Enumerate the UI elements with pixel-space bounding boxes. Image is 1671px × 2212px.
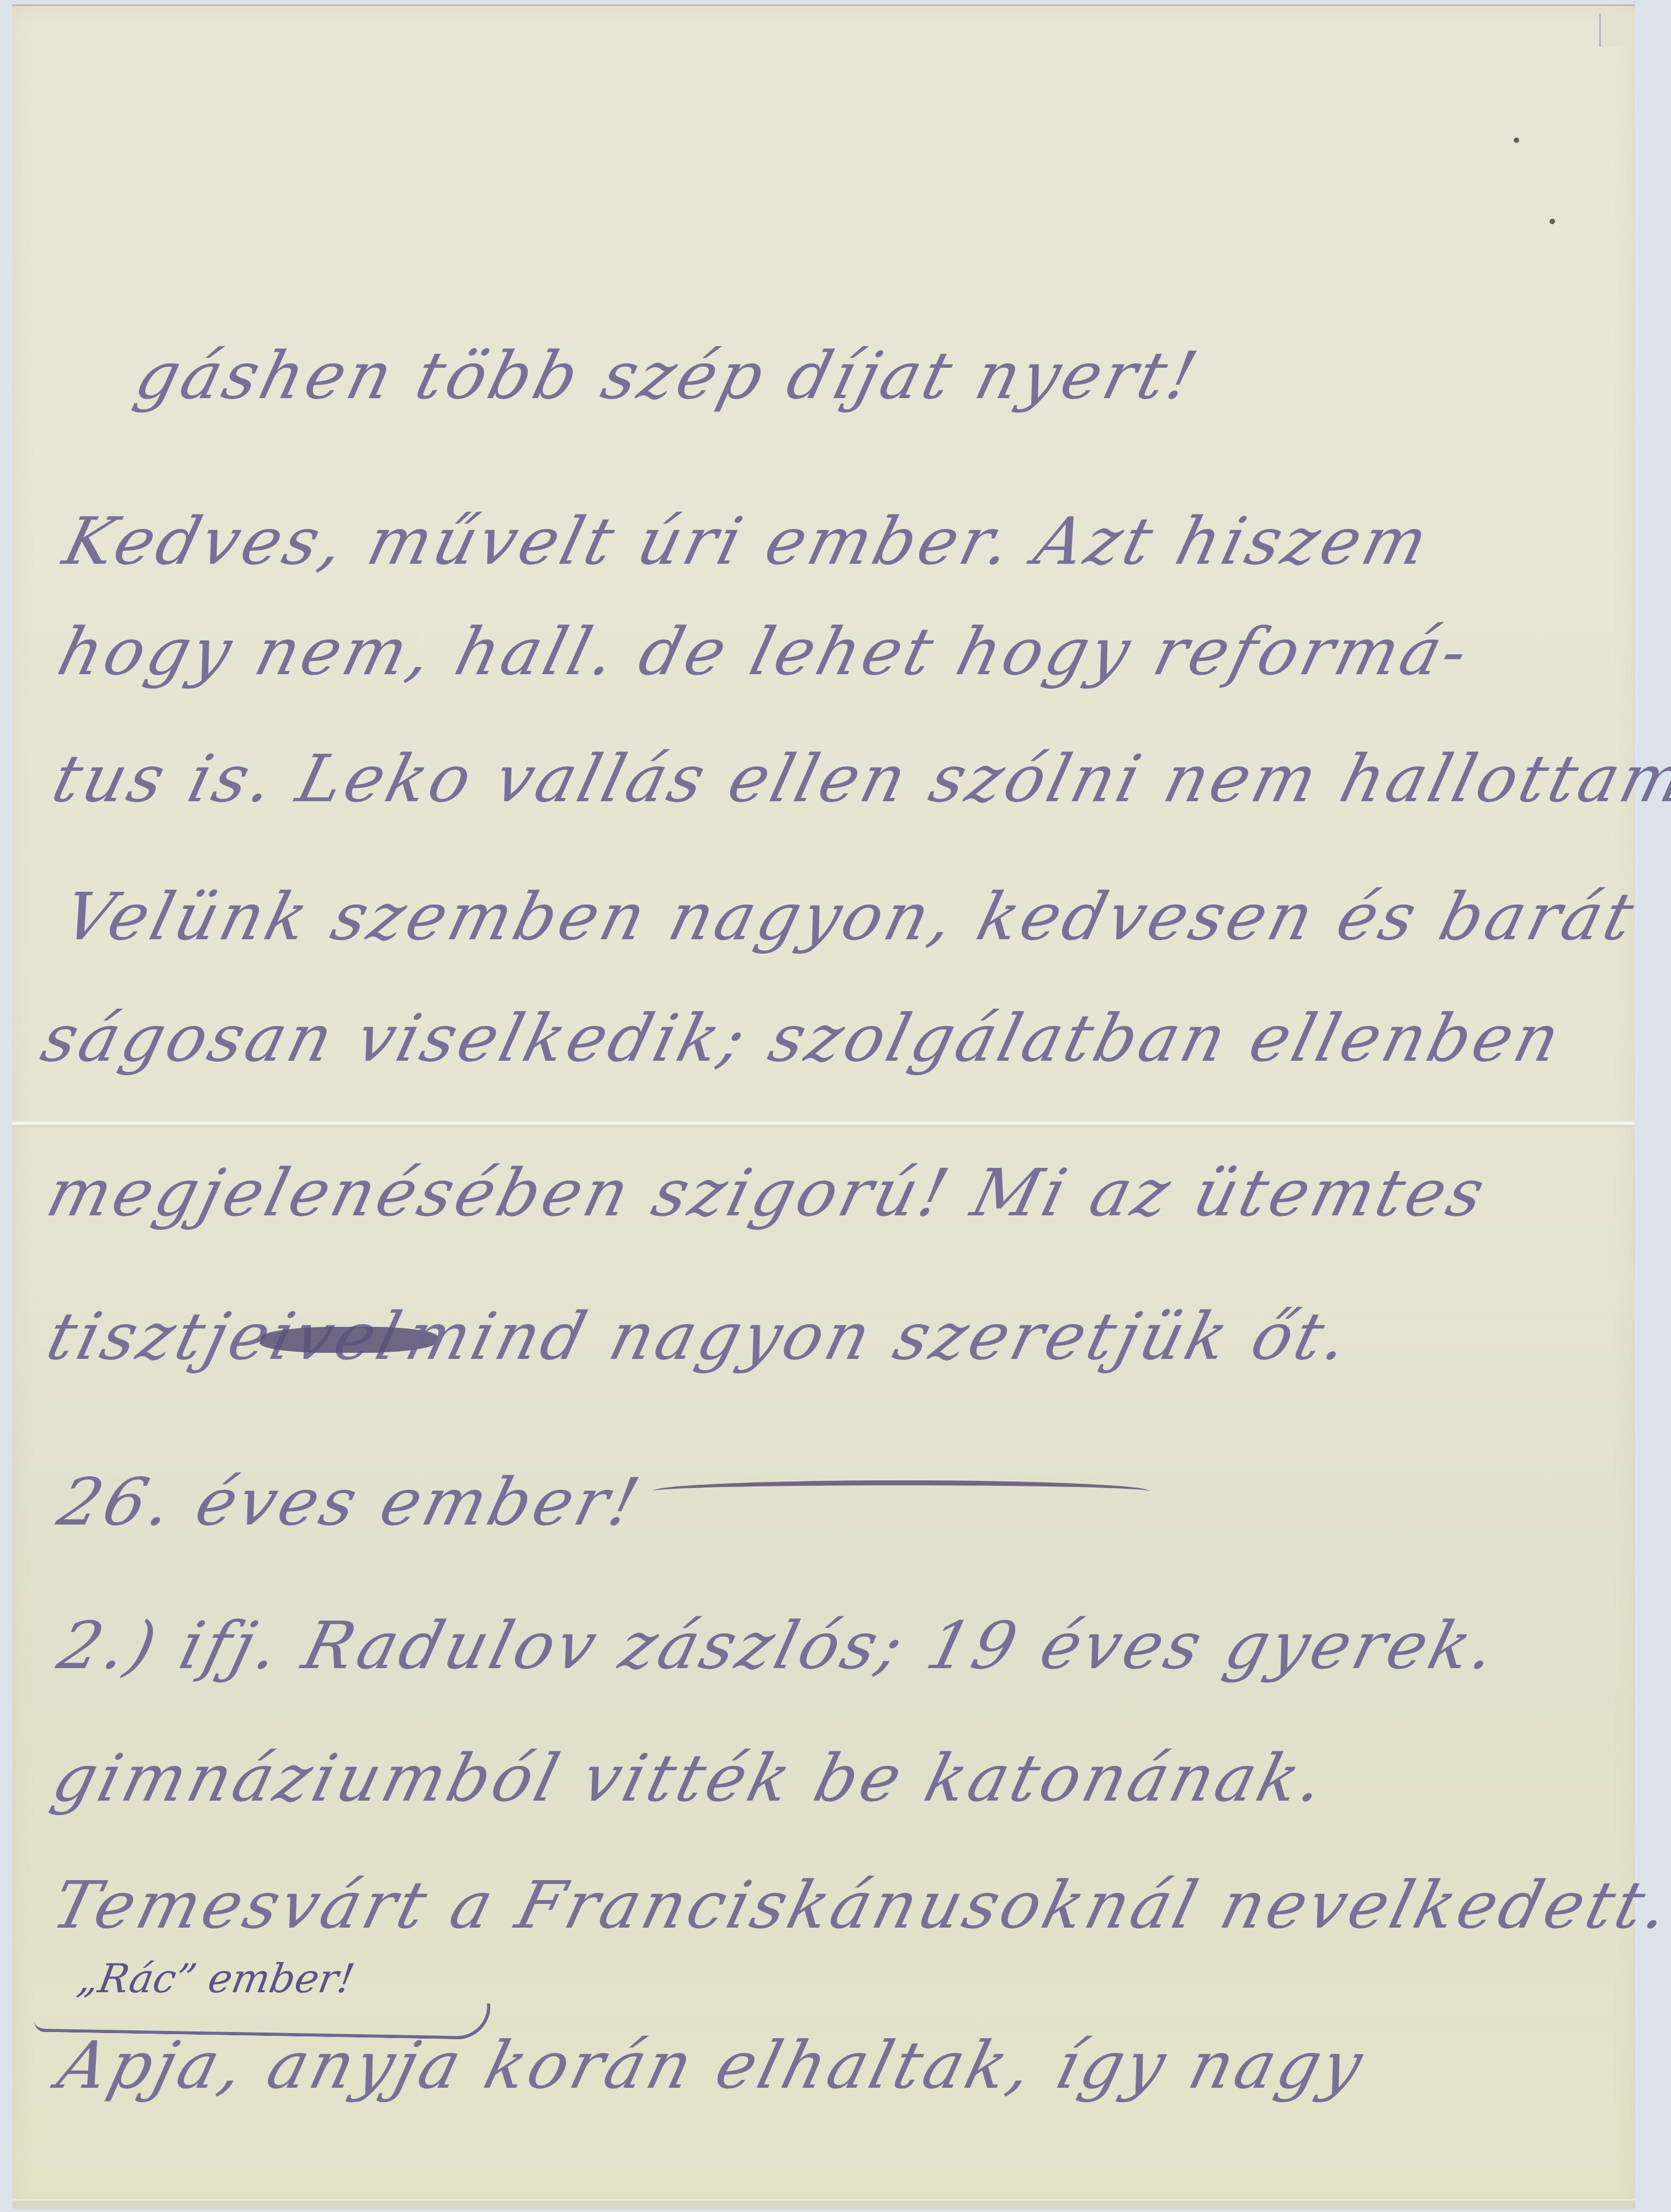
text-line-7: megjelenésében szigorú! Mi az ütemtes xyxy=(40,1155,1495,1231)
text-line-10: 2.) ifj. Radulov zászlós; 19 éves gyerek… xyxy=(51,1607,1506,1684)
text-line-2: Kedves, művelt úri ember. Azt hiszem xyxy=(56,503,1439,579)
separator-rule xyxy=(653,1480,1149,1502)
text-line-5: Velünk szemben nagyon, kedvesen és barát xyxy=(56,879,1645,955)
paper-fold-crease xyxy=(12,1120,1635,1128)
torn-bottom-edge xyxy=(12,2199,1635,2209)
text-line-1: gáshen több szép díjat nyert! xyxy=(128,337,1208,414)
text-line-4: tus is. Leko vallás ellen szólni nem hal… xyxy=(45,740,1671,817)
inserted-note: „Rác” ember! xyxy=(75,1955,358,2002)
text-line-11: gimnáziumból vitték be katonának. xyxy=(45,1740,1335,1816)
text-line-8-rest: mind nagyon szeretjük őt. xyxy=(399,1298,1359,1374)
paper-puncture xyxy=(1550,219,1555,224)
text-line-9: 26. éves ember! xyxy=(51,1464,650,1540)
text-line-3: hogy nem, hall. de lehet hogy reformá- xyxy=(51,613,1478,690)
struck-through-word: tisztjeivel xyxy=(40,1298,412,1374)
text-line-12: Temesvárt a Franciskánusoknál nevelkedet… xyxy=(45,1867,1671,1943)
text-line-8: tisztjeivel xyxy=(40,1298,412,1374)
text-line-13: Apja, anyja korán elhaltak, így nagy xyxy=(51,2027,1373,2103)
letter-page: gáshen több szép díjat nyert! Kedves, mű… xyxy=(12,4,1635,2209)
paper-puncture xyxy=(1514,137,1519,143)
text-line-6: ságosan viselkedik; szolgálatban ellenbe… xyxy=(34,1000,1571,1076)
page-corner-tab xyxy=(1599,14,1635,47)
